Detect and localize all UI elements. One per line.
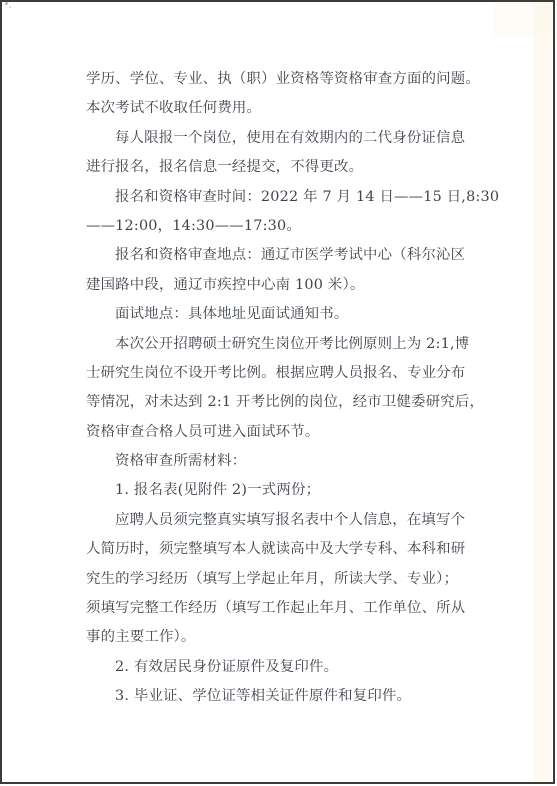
document-line: 2. 有效居民身份证原件及复印件。 (86, 653, 516, 682)
document-line: 报名和资格审查时间：2022 年 7 月 14 日——15 日,8:30 (86, 183, 516, 212)
document-line: 资格审查所需材料： (86, 447, 516, 476)
document-line: 人简历时，须完整填写本人就读高中及大学专科、本科和研 (86, 535, 516, 564)
document-line: 1. 报名表(见附件 2)一式两份； (86, 476, 516, 505)
document-line: 须填写完整工作经历（填写工作起止年月、工作单位、所从 (86, 594, 516, 623)
page-border-frame: 学历、学位、专业、执（职）业资格等资格审查方面的问题。本次考试不收取任何费用。每… (0, 0, 555, 784)
document-line: 学历、学位、专业、执（职）业资格等资格审查方面的问题。 (86, 65, 516, 94)
document-line: 面试地点：具体地址见面试通知书。 (86, 300, 516, 329)
document-viewer: 学历、学位、专业、执（职）业资格等资格审查方面的问题。本次考试不收取任何费用。每… (0, 0, 557, 786)
document-line: 建国路中段，通辽市疾控中心南 100 米）。 (86, 271, 516, 300)
document-line: 事的主要工作）。 (86, 623, 516, 652)
document-line: 本次考试不收取任何费用。 (86, 94, 516, 123)
document-line: 每人限报一个岗位，使用在有效期内的二代身份证信息 (86, 124, 516, 153)
document-line: 应聘人员须完整真实填写报名表中个人信息，在填写个 (86, 506, 516, 535)
document-line: 士研究生岗位不设开考比例。根据应聘人员报名、专业分布 (86, 359, 516, 388)
document-text-block: 学历、学位、专业、执（职）业资格等资格审查方面的问题。本次考试不收取任何费用。每… (86, 65, 516, 712)
document-line: 资格审查合格人员可进入面试环节。 (86, 418, 516, 447)
scan-noise-speckle (5, 2, 8, 5)
scan-noise-speckle (9, 6, 11, 8)
document-line: 3. 毕业证、学位证等相关证件原件和复印件。 (86, 682, 516, 711)
document-line: 本次公开招聘硕士研究生岗位开考比例原则上为 2:1,博 (86, 330, 516, 359)
scan-paper-tint (533, 2, 552, 782)
document-line: 报名和资格审查地点：通辽市医学考试中心（科尔沁区 (86, 241, 516, 270)
scan-paper-tint-corner (493, 2, 553, 36)
document-line: ——12:00，14:30——17:30。 (86, 212, 516, 241)
document-line: 究生的学习经历（填写上学起止年月，所读大学、专业）； (86, 565, 516, 594)
document-line: 等情况，对未达到 2:1 开考比例的岗位，经市卫健委研究后， (86, 388, 516, 417)
document-line: 进行报名，报名信息一经提交，不得更改。 (86, 153, 516, 182)
